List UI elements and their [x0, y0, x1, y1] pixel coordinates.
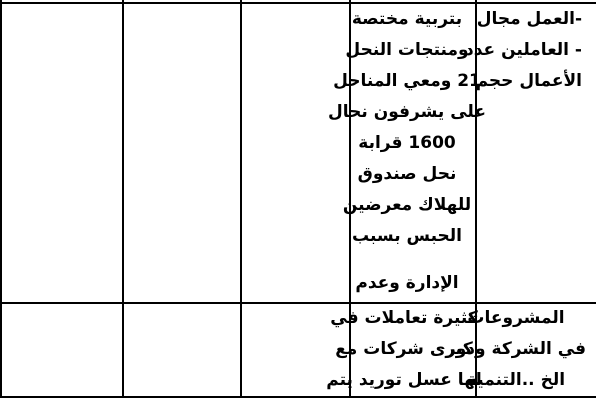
text-line: المناحل‎ ومعي‎ 21‎: [333, 66, 481, 97]
text-line: قرابة‎ 1600‎: [358, 128, 455, 159]
table-border-bottom: [0, 396, 596, 398]
text-line: مجال‎ العمل-‎: [477, 4, 582, 35]
text-line: وعدم‎ الإدارة‎: [355, 268, 458, 299]
text-line: معرضين‎ للهلاك‎: [343, 190, 471, 221]
table-column-divider-1: [122, 0, 124, 398]
text-line: نحال‎ يشرفون‎ على‎: [328, 97, 486, 128]
table-column-divider-2: [240, 0, 242, 398]
text-line: بسبب‎ الحبس‎: [352, 221, 462, 252]
field-of-work-cell: مجال‎ العمل-‎عدد‎ العاملين‎ -‎حجم‎ الأعم…: [476, 4, 596, 97]
text-line: النحل‎ ومنتجات‎: [345, 35, 468, 66]
text-line: عدد‎ العاملين‎ -‎: [465, 35, 582, 66]
table-border-top: [0, 2, 596, 4]
table-column-divider-3: [349, 0, 351, 398]
projects-description-cell: في‎ تعاملات‎ كثيرة‎مع‎ شركات‎ كبرى‎يتم‎ …: [332, 303, 476, 396]
table-row-divider: [0, 302, 596, 304]
text-line: صندوق‎ نحل‎: [358, 159, 457, 190]
table-border-left: [0, 0, 2, 398]
text-line: مختصة‎ بتربية‎: [352, 4, 462, 35]
text-line: مع‎ شركات‎ كبرى‎: [335, 334, 473, 365]
text-line: حجم‎ الأعمال‎: [476, 66, 582, 97]
table-column-divider-4: [475, 0, 477, 398]
text-line: المشروعات‎: [467, 303, 564, 334]
work-description-cell: مختصة‎ بتربية‎النحل‎ ومنتجات‎المناحل‎ وم…: [336, 4, 478, 299]
text-line: في‎ تعاملات‎ كثيرة‎: [330, 303, 477, 334]
scanned-document-page: مجال‎ العمل-‎عدد‎ العاملين‎ -‎حجم‎ الأعم…: [0, 0, 596, 401]
